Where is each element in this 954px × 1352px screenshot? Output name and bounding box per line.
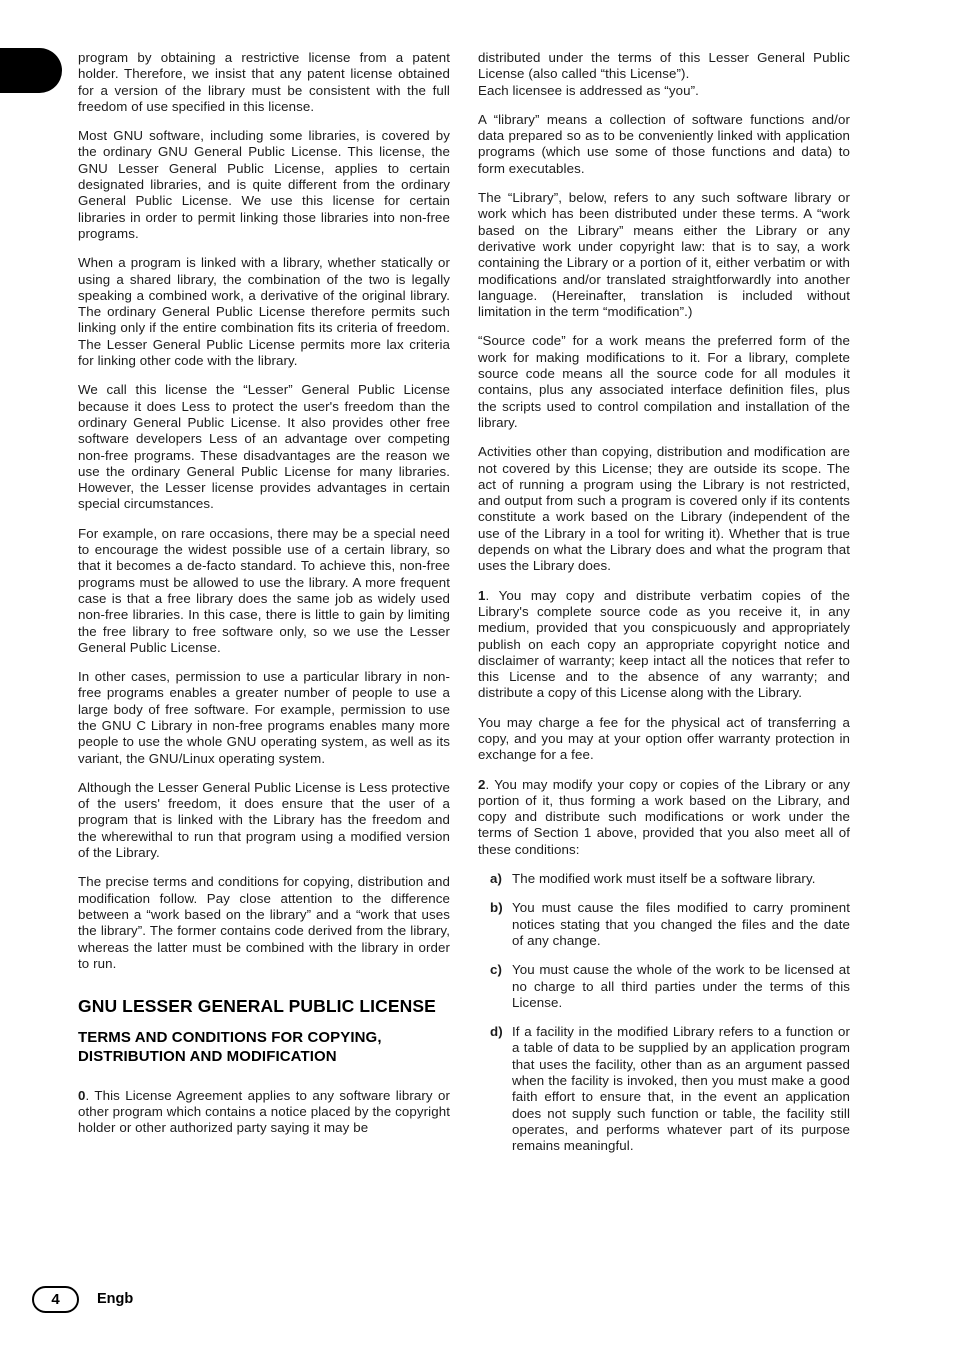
page-footer: 4 Engb bbox=[0, 1284, 954, 1318]
clause-0-number: 0 bbox=[78, 1088, 86, 1103]
condition-d-text: If a facility in the modified Library re… bbox=[512, 1024, 850, 1154]
license-document-page: program by obtaining a restrictive licen… bbox=[0, 0, 954, 1352]
condition-d-letter: d) bbox=[490, 1024, 512, 1154]
condition-a-text: The modified work must itself be a softw… bbox=[512, 871, 850, 887]
condition-a: a) The modified work must itself be a so… bbox=[478, 871, 850, 887]
condition-a-letter: a) bbox=[490, 871, 512, 887]
page-number: 4 bbox=[51, 1291, 59, 1308]
clause-1-number: 1 bbox=[478, 588, 486, 603]
clause-0: 0. This License Agreement applies to any… bbox=[78, 1088, 450, 1137]
paragraph-source-code: “Source code” for a work means the prefe… bbox=[478, 333, 850, 431]
clause-0-continuation: distributed under the terms of this Less… bbox=[478, 50, 850, 99]
section-tab-marker bbox=[0, 48, 62, 93]
paragraph-precise-terms: The precise terms and conditions for cop… bbox=[78, 874, 450, 972]
left-column: program by obtaining a restrictive licen… bbox=[78, 50, 450, 1150]
clause-2-text: . You may modify your copy or copies of … bbox=[478, 777, 850, 857]
paragraph-patent-license: program by obtaining a restrictive licen… bbox=[78, 50, 450, 115]
heading-gnu-lgpl: GNU LESSER GENERAL PUBLIC LICENSE bbox=[78, 996, 450, 1018]
heading-terms-and-conditions: TERMS AND CONDITIONS FOR COPYING, DISTRI… bbox=[78, 1028, 450, 1066]
condition-b: b) You must cause the files modified to … bbox=[478, 900, 850, 949]
paragraph-linked-with-library: When a program is linked with a library,… bbox=[78, 255, 450, 369]
condition-c-letter: c) bbox=[490, 962, 512, 1011]
condition-b-letter: b) bbox=[490, 900, 512, 949]
paragraph-other-cases: In other cases, permission to use a part… bbox=[78, 669, 450, 767]
clause-2: 2. You may modify your copy or copies of… bbox=[478, 777, 850, 858]
condition-d: d) If a facility in the modified Library… bbox=[478, 1024, 850, 1154]
paragraph-rare-occasions: For example, on rare occasions, there ma… bbox=[78, 526, 450, 656]
clause-2-number: 2 bbox=[478, 777, 486, 792]
condition-c: c) You must cause the whole of the work … bbox=[478, 962, 850, 1011]
right-column: distributed under the terms of this Less… bbox=[478, 50, 850, 1168]
paragraph-charge-fee: You may charge a fee for the physical ac… bbox=[478, 715, 850, 764]
continuation-line-2: Each licensee is addressed as “you”. bbox=[478, 83, 699, 98]
edition-label: Engb bbox=[97, 1291, 133, 1307]
condition-c-text: You must cause the whole of the work to … bbox=[512, 962, 850, 1011]
paragraph-lesser-license-reason: We call this license the “Lesser” Genera… bbox=[78, 382, 450, 512]
clause-0-text: . This License Agreement applies to any … bbox=[78, 1088, 450, 1136]
paragraph-library-below: The “Library”, below, refers to any such… bbox=[478, 190, 850, 320]
paragraph-most-gnu-software: Most GNU software, including some librar… bbox=[78, 128, 450, 242]
clause-1: 1. You may copy and distribute verbatim … bbox=[478, 588, 850, 702]
paragraph-library-definition: A “library” means a collection of softwa… bbox=[478, 112, 850, 177]
paragraph-although-less-protective: Although the Lesser General Public Licen… bbox=[78, 780, 450, 861]
clause-1-text: . You may copy and distribute verbatim c… bbox=[478, 588, 850, 701]
paragraph-activities: Activities other than copying, distribut… bbox=[478, 444, 850, 574]
page-number-badge: 4 bbox=[32, 1286, 79, 1313]
continuation-line-1: distributed under the terms of this Less… bbox=[478, 50, 850, 81]
condition-b-text: You must cause the files modified to car… bbox=[512, 900, 850, 949]
